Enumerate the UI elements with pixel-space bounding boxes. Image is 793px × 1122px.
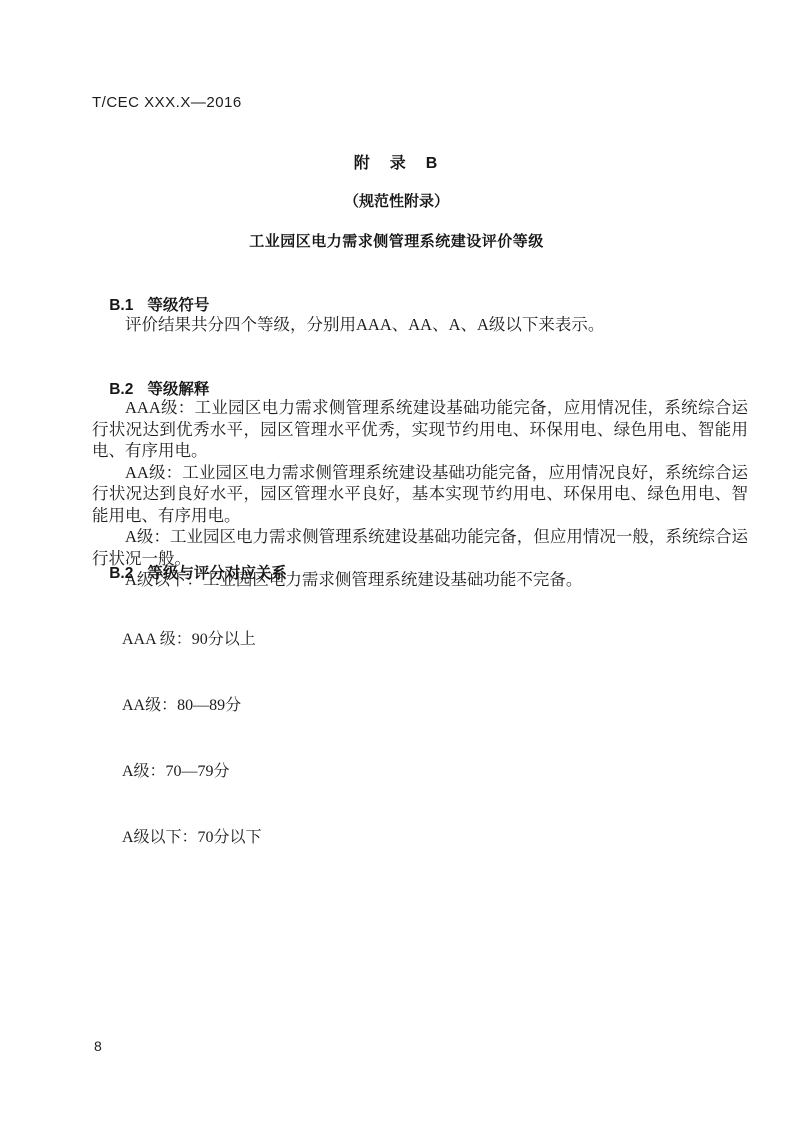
section-number: B.1 bbox=[109, 297, 133, 314]
paragraph: 评价结果共分四个等级，分别用AAA、AA、A、A级以下来表示。 bbox=[92, 314, 748, 336]
score-line-aaa: AAA 级：90分以上 bbox=[122, 629, 262, 651]
appendix-heading: 工业园区电力需求侧管理系统建设评价等级 bbox=[0, 230, 793, 251]
section-number: B.2 bbox=[109, 565, 133, 582]
document-number: T/CEC XXX.X—2016 bbox=[92, 94, 242, 111]
section-title: 等级符号 bbox=[147, 297, 209, 314]
section-title: 等级解释 bbox=[147, 381, 209, 398]
paragraph: AAA级：工业园区电力需求侧管理系统建设基础功能完备，应用情况佳，系统综合运行状… bbox=[92, 397, 748, 462]
score-line-a: A级：70—79分 bbox=[122, 761, 262, 783]
page-number: 8 bbox=[94, 1038, 102, 1054]
appendix-title: 附 录 B bbox=[0, 150, 793, 173]
score-line-below-a: A级以下：70分以下 bbox=[122, 827, 262, 849]
appendix-subtitle: （规范性附录） bbox=[0, 190, 793, 211]
score-line-aa: AA级：80—89分 bbox=[122, 695, 262, 717]
section-number: B.2 bbox=[109, 381, 133, 398]
score-list: AAA 级：90分以上 AA级：80—89分 A级：70—79分 A级以下：70… bbox=[122, 585, 262, 893]
paragraph: AA级：工业园区电力需求侧管理系统建设基础功能完备，应用情况良好，系统综合运行状… bbox=[92, 462, 748, 527]
document-page: T/CEC XXX.X—2016 附 录 B （规范性附录） 工业园区电力需求侧… bbox=[0, 0, 793, 1122]
section-b1-body: 评价结果共分四个等级，分别用AAA、AA、A、A级以下来表示。 bbox=[92, 314, 748, 336]
section-title: 等级与评分对应关系 bbox=[147, 565, 287, 582]
